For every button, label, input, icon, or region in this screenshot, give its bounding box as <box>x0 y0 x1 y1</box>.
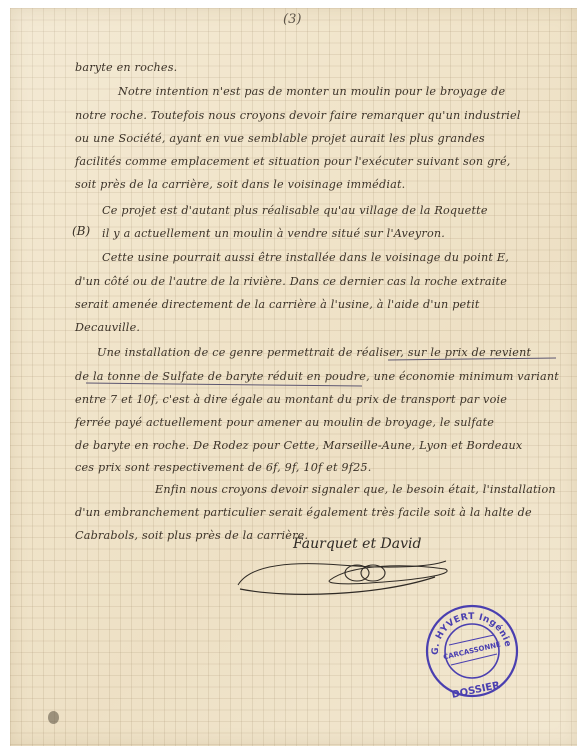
rubber-stamp: G. HYVERT Ingénieur CARCASSONNE DOSSIER <box>424 603 520 699</box>
stamp-center-text: CARCASSONNE <box>442 640 501 661</box>
signature-flourish <box>230 555 470 605</box>
signature: Faurquet et David <box>293 536 421 552</box>
